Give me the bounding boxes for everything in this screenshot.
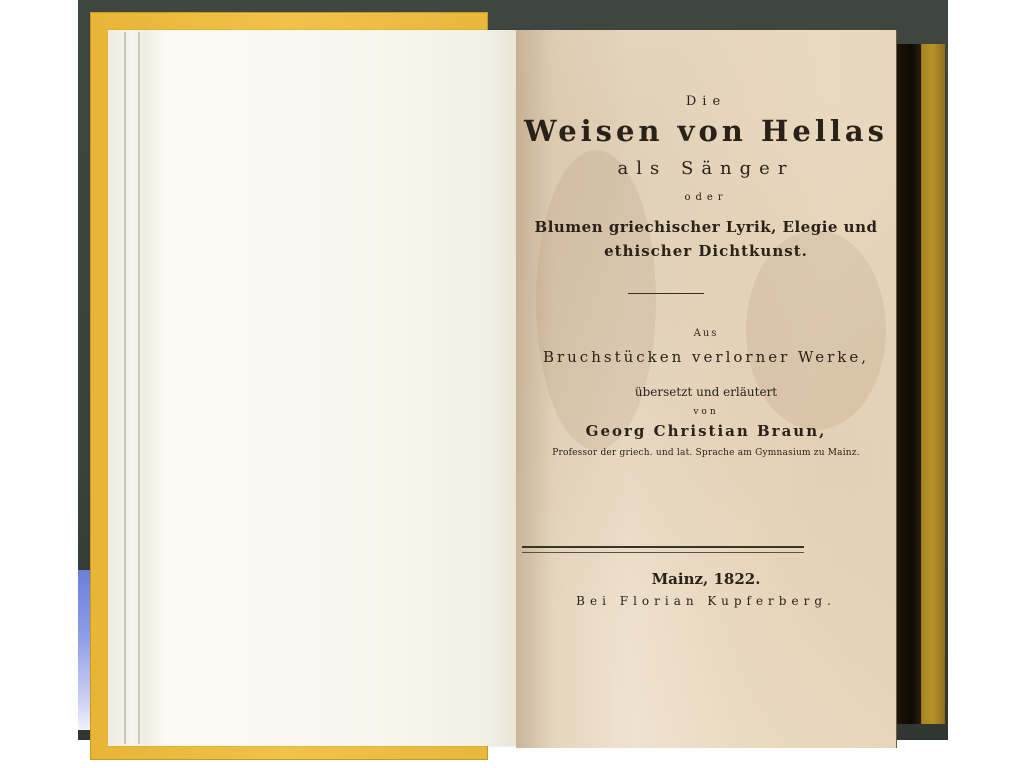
subtitle-line-1: Blumen griechischer Lyrik, Elegie und — [516, 218, 896, 236]
publisher-line: Bei Florian Kupferberg. — [516, 594, 896, 608]
endpaper-fold — [138, 32, 140, 744]
page-block-edge — [897, 44, 921, 724]
title-die: Die — [516, 94, 896, 109]
short-rule-divider — [628, 293, 704, 294]
endpaper-fold — [124, 32, 126, 744]
white-margin-right — [948, 0, 1024, 768]
subtitle-line-2: ethischer Dichtkunst. — [516, 242, 896, 260]
main-title: Weisen von Hellas — [516, 114, 896, 148]
source-line: Bruchstücken verlorner Werke, — [516, 348, 896, 366]
place-and-year: Mainz, 1822. — [516, 570, 896, 588]
title-oder: oder — [516, 192, 896, 203]
text-aus: Aus — [516, 328, 896, 339]
double-rule-divider — [522, 546, 804, 553]
title-als-saenger: als Sänger — [516, 158, 896, 179]
translated-line: übersetzt und erläutert — [516, 385, 896, 399]
author-title: Professor der griech. und lat. Sprache a… — [516, 448, 896, 458]
blank-endpaper — [108, 30, 516, 746]
text-von: von — [516, 407, 896, 417]
title-page: Die Weisen von Hellas als Sänger oder Bl… — [516, 30, 896, 748]
author-name: Georg Christian Braun, — [516, 422, 896, 440]
